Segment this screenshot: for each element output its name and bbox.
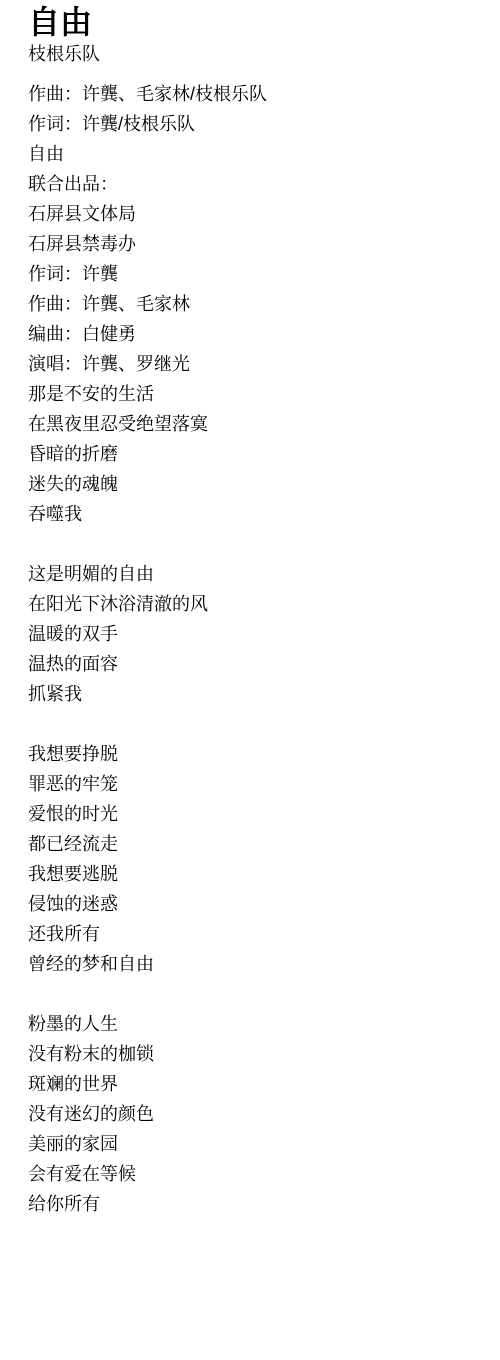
lyric-line: 在黑夜里忍受绝望落寞 [28,409,480,439]
lyric-line: 粉墨的人生 [28,1009,480,1039]
lyric-line: 作词：许龔 [28,259,480,289]
lyric-line: 美丽的家园 [28,1129,480,1159]
lyric-line: 作曲：许龔、毛家林 [28,289,480,319]
lyric-line: 这是明媚的自由 [28,559,480,589]
lyric-line: 作曲：许龔、毛家林/枝根乐队 [28,79,480,109]
lyrics-page: 自由 枝根乐队 作曲：许龔、毛家林/枝根乐队作词：许龔/枝根乐队自由联合出品：石… [0,0,500,1360]
lyric-line: 联合出品： [28,169,480,199]
lyric-line: 罪恶的牢笼 [28,769,480,799]
lyric-line: 曾经的梦和自由 [28,949,480,979]
lyric-line: 那是不安的生活 [28,379,480,409]
lyric-line: 侵蚀的迷惑 [28,889,480,919]
lyric-line: 还我所有 [28,919,480,949]
lyric-line: 昏暗的折磨 [28,439,480,469]
song-title: 自由 [28,0,480,42]
lyric-blank-line [28,979,480,1009]
lyric-blank-line [28,709,480,739]
artist-name: 枝根乐队 [28,42,480,66]
lyric-line: 抓紧我 [28,679,480,709]
lyric-blank-line [28,529,480,559]
lyric-line: 给你所有 [28,1189,480,1219]
lyric-line: 温暖的双手 [28,619,480,649]
lyric-line: 石屏县文体局 [28,199,480,229]
lyric-line: 我想要挣脱 [28,739,480,769]
lyric-line: 迷失的魂魄 [28,469,480,499]
lyric-line: 温热的面容 [28,649,480,679]
lyric-line: 编曲：白健勇 [28,319,480,349]
lyric-line: 石屏县禁毒办 [28,229,480,259]
lyric-line: 没有粉末的枷锁 [28,1039,480,1069]
lyric-line: 演唱：许龔、罗继光 [28,349,480,379]
lyric-line: 自由 [28,139,480,169]
lyric-line: 斑斓的世界 [28,1069,480,1099]
lyric-line: 在阳光下沐浴清澈的风 [28,589,480,619]
lyric-line: 没有迷幻的颜色 [28,1099,480,1129]
lyric-line: 我想要逃脱 [28,859,480,889]
lyric-line: 作词：许龔/枝根乐队 [28,109,480,139]
lyric-line: 都已经流走 [28,829,480,859]
lyrics: 作曲：许龔、毛家林/枝根乐队作词：许龔/枝根乐队自由联合出品：石屏县文体局石屏县… [28,79,480,1219]
lyric-line: 会有爱在等候 [28,1159,480,1189]
lyric-line: 爱恨的时光 [28,799,480,829]
lyric-line: 吞噬我 [28,499,480,529]
